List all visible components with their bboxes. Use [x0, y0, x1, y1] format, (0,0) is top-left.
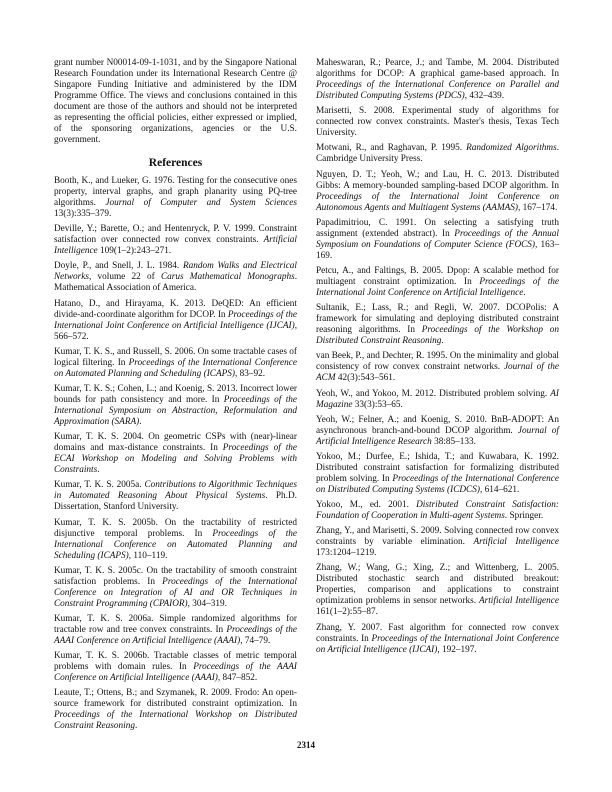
acknowledgment-paragraph: grant number N00014-09-1-1031, and by th… — [54, 58, 297, 146]
references-list-left: Booth, K., and Lueker, G. 1976. Testing … — [54, 176, 297, 732]
left-column: grant number N00014-09-1-1031, and by th… — [54, 58, 297, 736]
reference-entry: Kumar, T. K. S. 2005b. On the tractabili… — [54, 518, 297, 562]
reference-text: . — [97, 465, 99, 475]
reference-entry: Hatano, D., and Hirayama, K. 2013. DeQED… — [54, 299, 297, 343]
reference-entry: Yokoo, M., ed. 2001. Distributed Constra… — [316, 500, 559, 522]
reference-venue: Journal of Computer and System Sciences — [105, 198, 297, 208]
reference-venue: Carus Mathematical Monographs — [161, 272, 295, 282]
reference-text: , 614–621. — [480, 485, 519, 495]
reference-entry: Maheswaran, R.; Pearce, J.; and Tambe, M… — [316, 58, 559, 102]
reference-text: 161(1–2):55–87. — [316, 607, 378, 617]
reference-text: , 847–852. — [218, 673, 257, 683]
reference-text: , 304–319. — [188, 599, 227, 609]
reference-text: , 74–79. — [240, 636, 270, 646]
reference-text: Yeoh, W., and Yokoo, M. 2012. Distribute… — [316, 389, 550, 399]
reference-entry: Kumar, T. K. S. 2005a. Contributions to … — [54, 480, 297, 513]
reference-text: Marisetti, S. 2008. Experimental study o… — [316, 106, 559, 138]
reference-entry: Kumar, T. K. S. 2004. On geometric CSPs … — [54, 432, 297, 476]
reference-entry: Kumar, T. K. S. 2005c. On the tractabili… — [54, 566, 297, 610]
reference-venue: Artificial Intelligence — [473, 537, 559, 547]
references-heading: References — [54, 157, 297, 170]
reference-text: . Springer. — [505, 511, 543, 521]
reference-entry: Yeoh, W.; Felner, A.; and Koenig, S. 201… — [316, 415, 559, 448]
reference-text: , 167–174. — [518, 203, 557, 213]
reference-text: Yokoo, M., ed. 2001. — [316, 500, 416, 510]
reference-text: , 192–197. — [437, 645, 476, 655]
reference-text: 173:1204–1219. — [316, 548, 376, 558]
reference-entry: Booth, K., and Lueker, G. 1976. Testing … — [54, 176, 297, 220]
reference-text: Motwani, R., and Raghavan, P. 1995. — [316, 143, 466, 153]
reference-text: Nguyen, D. T.; Yeoh, W.; and Lau, H. C. … — [316, 170, 559, 191]
reference-entry: Leaute, T.; Ottens, B.; and Szymanek, R.… — [54, 688, 297, 732]
reference-venue: Artificial Intelligence — [479, 596, 559, 606]
reference-text: 109(1–2):243–271. — [98, 246, 171, 256]
reference-entry: Marisetti, S. 2008. Experimental study o… — [316, 106, 559, 139]
reference-text: 38:85–133. — [432, 437, 476, 447]
reference-text: Maheswaran, R.; Pearce, J.; and Tambe, M… — [316, 58, 559, 79]
reference-venue: Proceedings of the International Confere… — [316, 80, 559, 101]
reference-text: 42(3):543–561. — [336, 373, 396, 383]
reference-text: Deville, Y.; Barette, O.; and Hentenryck… — [54, 224, 297, 245]
page-number: 2314 — [0, 740, 612, 750]
reference-text: 13(3):335–379. — [54, 209, 111, 219]
reference-entry: Zhang, Y., and Marisetti, S. 2009. Solvi… — [316, 526, 559, 559]
reference-text: Leaute, T.; Ottens, B.; and Szymanek, R.… — [54, 688, 297, 709]
references-list-right: Maheswaran, R.; Pearce, J.; and Tambe, M… — [316, 58, 559, 656]
reference-text: Kumar, T. K. S. 2005a. — [54, 480, 144, 490]
reference-text: 33(3):53–65. — [352, 400, 402, 410]
reference-entry: van Beek, P., and Dechter, R. 1995. On t… — [316, 351, 559, 384]
reference-venue: Proceedings of the International Worksho… — [54, 710, 297, 731]
reference-text: Doyle, P., and Snell, J. L. 1984. — [54, 261, 183, 271]
reference-entry: Kumar, T. K. S. 2006a. Simple randomized… — [54, 614, 297, 647]
reference-entry: Kumar, T. K. S. 2006b. Tractable classes… — [54, 651, 297, 684]
reference-entry: Kumar, T. K. S.; Cohen, L.; and Koenig, … — [54, 384, 297, 428]
reference-venue: Randomized Algorithms — [466, 143, 557, 153]
reference-entry: Doyle, P., and Snell, J. L. 1984. Random… — [54, 261, 297, 294]
reference-text: , 432–439. — [465, 91, 504, 101]
reference-text: . — [135, 721, 137, 731]
reference-text: , volume 22 of — [89, 272, 161, 282]
reference-text: , 110–119. — [129, 551, 168, 561]
reference-text: . — [139, 417, 141, 427]
reference-entry: Zhang, W.; Wang, G.; Xing, Z.; and Witte… — [316, 563, 559, 618]
reference-entry: Deville, Y.; Barette, O.; and Hentenryck… — [54, 224, 297, 257]
reference-entry: Petcu, A., and Faltings, B. 2005. Dpop: … — [316, 266, 559, 299]
reference-text: , 83–92. — [235, 369, 265, 379]
reference-entry: Papadimitriou, C. 1991. On selecting a s… — [316, 218, 559, 262]
reference-text: . — [523, 288, 525, 298]
reference-entry: Nguyen, D. T.; Yeoh, W.; and Lau, H. C. … — [316, 170, 559, 214]
reference-text: . — [441, 336, 443, 346]
reference-entry: Zhang, Y. 2007. Fast algorithm for conne… — [316, 623, 559, 656]
reference-entry: Yokoo, M.; Durfee, E.; Ishida, T.; and K… — [316, 452, 559, 496]
reference-entry: Kumar, T. K. S., and Russell, S. 2006. O… — [54, 347, 297, 380]
reference-entry: Motwani, R., and Raghavan, P. 1995. Rand… — [316, 143, 559, 165]
reference-entry: Yeoh, W., and Yokoo, M. 2012. Distribute… — [316, 389, 559, 411]
right-column: Maheswaran, R.; Pearce, J.; and Tambe, M… — [316, 58, 559, 660]
reference-entry: Sultanik, E.; Lass, R.; and Regli, W. 20… — [316, 303, 559, 347]
